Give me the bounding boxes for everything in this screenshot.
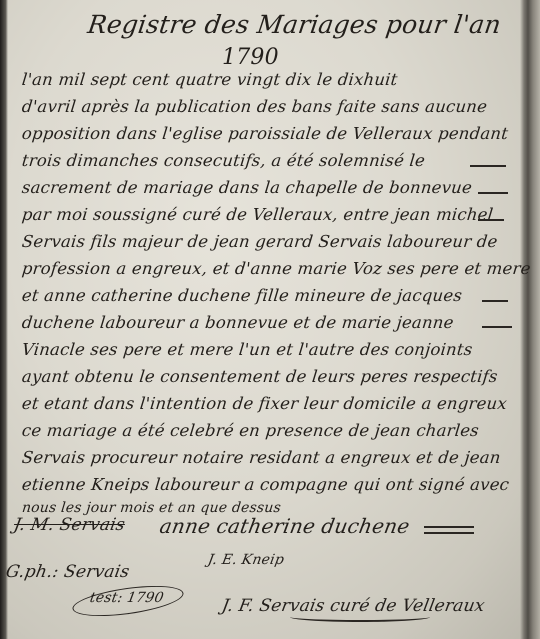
body-line-3: opposition dans l'eglise paroissiale de …: [21, 124, 509, 143]
signature-bride: anne catherine duchene: [158, 514, 412, 538]
body-line-7: Servais fils majeur de jean gerard Serva…: [21, 232, 499, 251]
witness-note: test: 1790: [89, 590, 165, 606]
body-line-11: Vinacle ses pere et mere l'un et l'autre…: [21, 340, 473, 359]
register-year: 1790: [222, 45, 279, 70]
signature-groom: J. M. Servais: [12, 515, 126, 535]
page-left-edge: [0, 0, 8, 639]
body-line-4: trois dimanches consecutifs, a été solem…: [21, 151, 426, 170]
signature-end-mark: [424, 526, 474, 528]
body-line-16: etienne Kneips laboureur a compagne qui …: [21, 475, 510, 494]
signature-flourish: [290, 612, 430, 622]
book-binding: [520, 0, 540, 639]
line-filler-dash: [478, 219, 504, 221]
body-line-2: d'avril après la publication des bans fa…: [21, 97, 488, 116]
body-line-13: et etant dans l'intention de fixer leur …: [21, 394, 508, 413]
signature-witness-kneip: J. E. Kneip: [207, 552, 286, 568]
body-line-8: profession a engreux, et d'anne marie Vo…: [21, 259, 532, 278]
body-line-10: duchene laboureur a bonnevue et de marie…: [21, 313, 455, 332]
body-line-12: ayant obtenu le consentement de leurs pe…: [21, 367, 499, 386]
register-title: Registre des Mariages pour l'an: [86, 10, 503, 39]
signature-end-mark: [424, 532, 474, 534]
body-line-5: sacrement de mariage dans la chapelle de…: [21, 178, 473, 197]
line-filler-dash: [482, 300, 508, 302]
body-line-14: ce mariage a été celebré en presence de …: [21, 421, 480, 440]
line-filler-dash: [478, 192, 508, 194]
line-filler-dash: [470, 165, 506, 167]
signature-witness-servais: G.ph.: Servais: [4, 562, 131, 582]
register-page: Registre des Mariages pour l'an 1790 l'a…: [0, 0, 540, 639]
body-line-9: et anne catherine duchene fille mineure …: [21, 286, 463, 305]
body-line-1: l'an mil sept cent quatre vingt dix le d…: [21, 70, 399, 89]
body-line-15: Servais procureur notaire residant a eng…: [21, 448, 502, 467]
body-line-6: par moi soussigné curé de Velleraux, ent…: [21, 205, 494, 224]
line-filler-dash: [482, 326, 512, 328]
